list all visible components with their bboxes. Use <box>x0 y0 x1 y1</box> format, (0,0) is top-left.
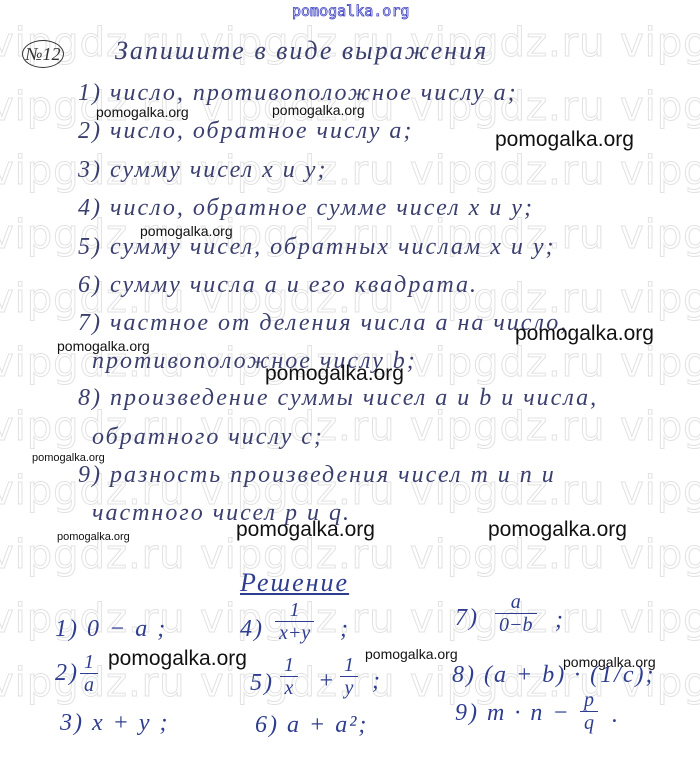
solution-5-label: 5) <box>250 670 274 697</box>
background-watermark: vipgdz.ru <box>620 596 700 642</box>
background-watermark: vipgdz.ru <box>620 404 700 450</box>
background-watermark: vipgdz.ru <box>410 148 605 194</box>
solution-3: 3) x + y ; <box>60 710 170 737</box>
overlay-watermark: pomogalka.org <box>57 531 130 543</box>
solution-9-label: 9) m · n − <box>455 700 571 727</box>
solution-7-tail: ; <box>555 607 565 634</box>
background-watermark: vipgdz.ru <box>620 340 700 386</box>
solution-4-tail: ; <box>340 616 350 643</box>
solution-2-label: 2) <box>55 660 79 687</box>
solution-5-op: + <box>318 668 336 695</box>
task-item: 6) сумму числа a и его квадрата. <box>78 272 478 299</box>
overlay-watermark: pomogalka.org <box>488 518 627 542</box>
overlay-watermark: pomogalka.org <box>515 322 654 346</box>
solution-4-label: 4) <box>240 616 264 643</box>
background-watermark: vipgdz.ru <box>620 468 700 514</box>
task-item: 3) сумму чисел x и y; <box>78 157 327 184</box>
task-item: 8) произведение суммы чисел a и b и числ… <box>78 385 598 412</box>
background-watermark: vipgdz.ru <box>620 276 700 322</box>
overlay-watermark: pomogalka.org <box>32 452 105 464</box>
background-watermark: vipgdz.ru <box>620 212 700 258</box>
solution-4-fraction: 1x+y <box>275 600 314 643</box>
solution-6: 6) a + a²; <box>255 712 368 739</box>
overlay-watermark: pomogalka.org <box>236 518 375 542</box>
task-number: №12 <box>22 40 64 68</box>
solution-title: Решение <box>240 568 349 598</box>
overlay-watermark: pomogalka.org <box>265 362 404 386</box>
solution-1: 1) 0 − a ; <box>55 616 167 643</box>
background-watermark: vipgdz.ru <box>620 148 700 194</box>
overlay-watermark: pomogalka.org <box>108 647 247 671</box>
background-watermark: vipgdz.ru <box>410 340 605 386</box>
solution-5-fraction-2: 1y <box>340 655 358 698</box>
task-item: 4) число, обратное сумме чисел x и y; <box>78 195 534 222</box>
solution-9-fraction: pq <box>580 690 598 733</box>
overlay-watermark: pomogalka.org <box>272 102 365 118</box>
overlay-watermark: pomogalka.org <box>57 338 150 354</box>
overlay-watermark: pomogalka.org <box>96 104 189 120</box>
overlay-watermark: pomogalka.org <box>140 223 233 239</box>
solution-9-tail: . <box>612 702 620 729</box>
task-item: 2) число, обратное числу a; <box>78 118 413 145</box>
overlay-watermark: pomogalka.org <box>365 646 458 662</box>
task-title: Запишите в виде выражения <box>115 36 488 66</box>
task-item: 9) разность произведения чисел m и n и <box>78 462 556 489</box>
task-item: 7) частное от деления числа a на число, <box>78 310 568 337</box>
solution-5-fraction-1: 1x <box>280 655 298 698</box>
solution-7-fraction: a0−b <box>495 592 537 635</box>
solution-5-tail: ; <box>372 668 382 695</box>
overlay-watermark: pomogalka.org <box>495 128 634 152</box>
background-watermark: vipgdz.ru <box>620 84 700 130</box>
background-watermark: vipgdz.ru <box>620 20 700 66</box>
task-item-continuation: обратного числу c; <box>92 424 324 451</box>
header-watermark: pomogalka.org <box>292 2 409 20</box>
overlay-watermark: pomogalka.org <box>563 654 656 670</box>
solution-2-fraction: 1a <box>80 652 98 695</box>
solution-7-label: 7) <box>455 605 479 632</box>
background-watermark: vipgdz.ru <box>620 532 700 578</box>
